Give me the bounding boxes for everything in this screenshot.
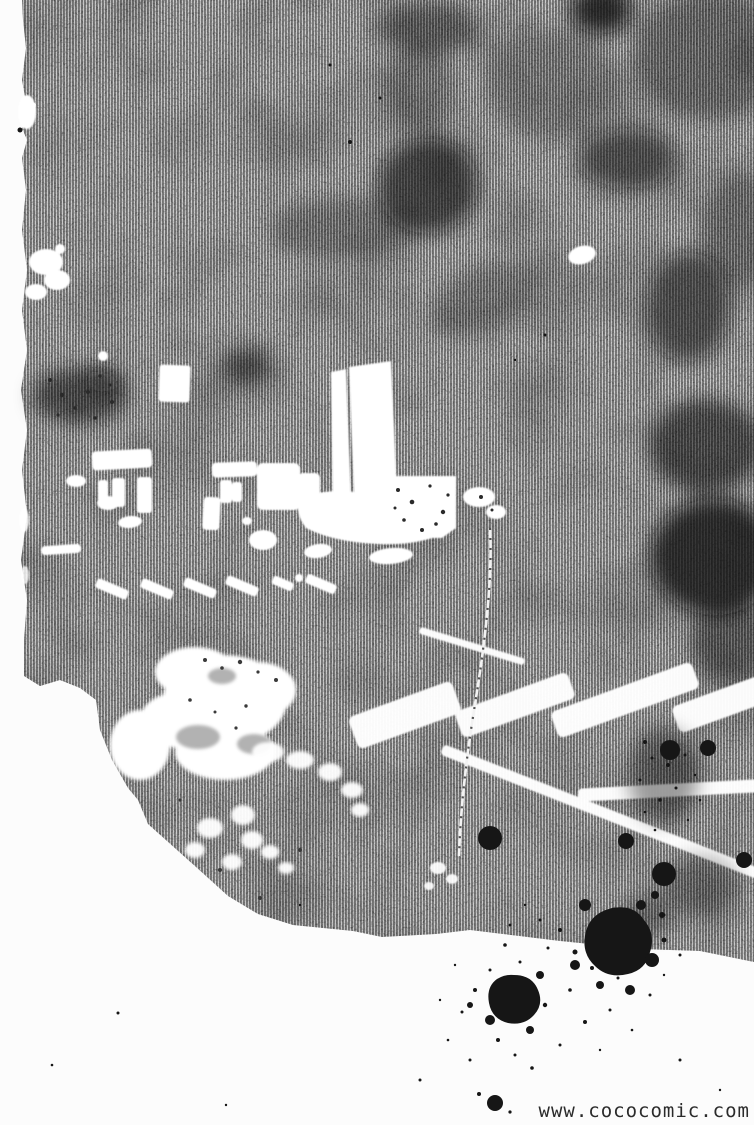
watermark: www.cococomic.com xyxy=(539,1100,750,1122)
small-white-dot xyxy=(98,351,108,361)
manga-panel-art: www.cococomic.com xyxy=(0,0,754,1125)
edge-notch xyxy=(18,95,36,129)
roof-box xyxy=(158,364,190,402)
splatter-blob-small xyxy=(487,1095,503,1111)
splatter-blob-medium xyxy=(488,975,540,1024)
comic-page: www.cococomic.com xyxy=(0,0,754,1125)
